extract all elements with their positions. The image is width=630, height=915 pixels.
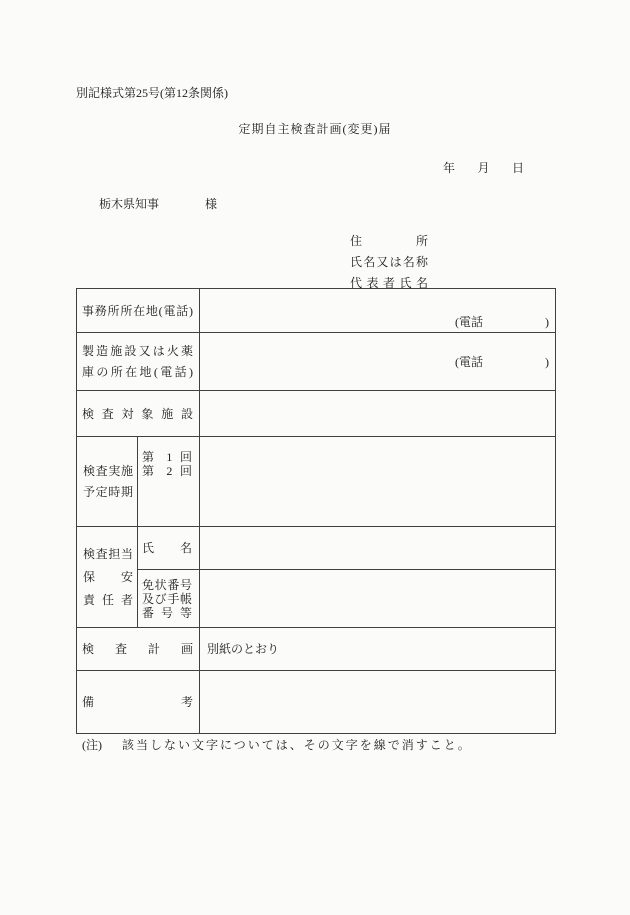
tel-close-paren: ) xyxy=(545,355,549,369)
inspection-target-label-cell: 検 査 対 象 施 設 xyxy=(77,391,200,437)
inspector-label-line1: 検査担当 xyxy=(83,543,133,566)
schedule-label-line1: 検査実施 xyxy=(83,461,133,482)
inspector-license-label-line1: 免状番号 xyxy=(142,578,192,592)
office-address-value-cell: (電話 ) xyxy=(200,289,555,333)
form-number: 別記様式第25号(第12条関係) xyxy=(76,86,228,100)
facility-address-label-line1: 製造施設又は火薬 xyxy=(82,341,193,362)
form-page: 別記様式第25号(第12条関係) 定期自主検査計画(変更)届 年 月 日 栃木県… xyxy=(0,0,630,915)
inspector-label-cell: 検査担当 保 安 責 任 者 xyxy=(77,527,138,628)
recipient-name: 栃木県知事 xyxy=(99,197,159,211)
tel-open-paren: (電話 xyxy=(455,355,483,369)
plan-value: 別紙のとおり xyxy=(207,642,555,656)
inspector-name-value-cell xyxy=(200,527,555,570)
sender-name-label: 氏名又は名称 xyxy=(350,252,428,273)
inspection-target-value-cell xyxy=(200,391,555,437)
inspector-label-line3: 責 任 者 xyxy=(83,589,133,612)
facility-address-label-line2: 庫の所在地(電話) xyxy=(82,362,193,383)
schedule-rounds-cell: 第 1 回 第 2 回 xyxy=(138,437,200,527)
inspector-name-label-cell: 氏 名 xyxy=(138,527,200,570)
footer-note-text: 該当しない文字については、その文字を線で消すこと。 xyxy=(122,738,472,752)
tel-close-paren: ) xyxy=(545,315,549,329)
schedule-value-cell xyxy=(200,437,555,527)
recipient-honorific: 様 xyxy=(205,197,217,211)
schedule-label-cell: 検査実施 予定時期 xyxy=(77,437,138,527)
facility-address-label-cell: 製造施設又は火薬 庫の所在地(電話) xyxy=(77,333,200,391)
office-address-label: 事務所所在地(電話) xyxy=(82,304,193,318)
schedule-round1-label: 第 1 回 xyxy=(142,450,192,464)
schedule-round2-label: 第 2 回 xyxy=(142,464,192,478)
form-table: 事務所所在地(電話) (電話 ) 製造施設又は火薬 庫の所在地(電話) (電話 … xyxy=(76,288,556,734)
inspection-target-label: 検 査 対 象 施 設 xyxy=(82,407,193,421)
date-line: 年 月 日 xyxy=(443,161,524,175)
inspector-license-label-line2: 及び手帳 xyxy=(142,592,192,606)
footer-note-prefix: (注) xyxy=(82,738,122,752)
office-address-tel: (電話 ) xyxy=(455,315,549,329)
recipient-line: 栃木県知事 様 xyxy=(99,197,217,211)
remarks-value-cell xyxy=(200,671,555,733)
office-address-label-cell: 事務所所在地(電話) xyxy=(77,289,200,333)
schedule-label-line2: 予定時期 xyxy=(83,482,133,503)
form-title: 定期自主検査計画(変更)届 xyxy=(0,122,630,136)
sender-block: 住 所 氏名又は名称 代表者氏名 xyxy=(350,231,428,294)
inspector-license-label-cell: 免状番号 及び手帳 番 号 等 xyxy=(138,570,200,628)
remarks-label: 備 考 xyxy=(82,695,193,709)
inspector-license-label-line3: 番 号 等 xyxy=(142,606,192,620)
plan-label-cell: 検 査 計 画 xyxy=(77,628,200,671)
facility-address-tel: (電話 ) xyxy=(455,355,549,369)
facility-address-value-cell: (電話 ) xyxy=(200,333,555,391)
sender-address-label: 住 所 xyxy=(350,231,428,252)
inspector-label-line2: 保 安 xyxy=(83,566,133,589)
plan-value-cell: 別紙のとおり xyxy=(200,628,555,671)
inspector-license-value-cell xyxy=(200,570,555,628)
footer-note: (注) 該当しない文字については、その文字を線で消すこと。 xyxy=(82,738,472,752)
remarks-label-cell: 備 考 xyxy=(77,671,200,733)
inspector-name-label: 氏 名 xyxy=(142,541,192,555)
plan-label: 検 査 計 画 xyxy=(82,642,193,656)
tel-open-paren: (電話 xyxy=(455,315,483,329)
